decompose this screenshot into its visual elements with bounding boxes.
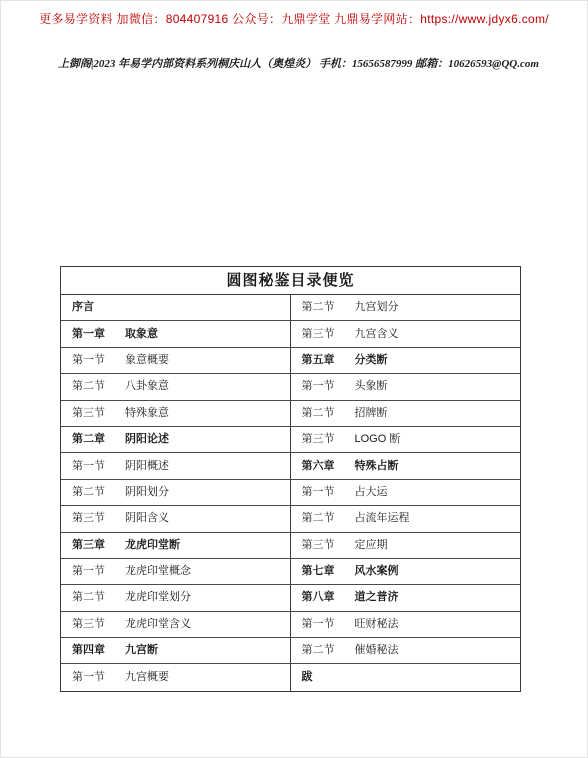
toc-row-title: 特殊占断 (355, 454, 399, 479)
toc-table-title: 圆图秘鉴目录便览 (61, 267, 520, 295)
toc-row-title: 招牌断 (355, 401, 388, 426)
toc-row-title: 龙虎印堂含义 (125, 612, 191, 637)
toc-row-title: 头象断 (355, 374, 388, 399)
toc-row: 第三节LOGO 断 (291, 427, 521, 453)
toc-row: 第二节八卦象意 (61, 374, 290, 400)
toc-row-label: 第二节 (291, 295, 355, 320)
toc-row-label: 第一节 (61, 348, 125, 373)
toc-row-title: 占流年运程 (355, 506, 410, 531)
toc-row-title: 九宫含义 (355, 322, 399, 347)
toc-row: 第一节九宫概要 (61, 664, 290, 690)
toc-row-title: 阴阳含义 (125, 506, 169, 531)
toc-row-label: 第八章 (291, 585, 355, 610)
toc-row-title: 风水案例 (355, 559, 399, 584)
toc-row-label: 第二节 (61, 480, 125, 505)
toc-row-label: 第二章 (61, 427, 125, 452)
toc-table-body: 序言第一章取象意第一节象意概要第二节八卦象意第三节特殊象意第二章阴阳论述第一节阴… (61, 295, 520, 691)
document-page: 更多易学资料 加微信：804407916 公众号：九鼎学堂 九鼎易学网站：htt… (0, 0, 588, 758)
toc-row: 第四章九宫断 (61, 638, 290, 664)
toc-row-label: 第三节 (291, 322, 355, 347)
toc-row-label: 第二节 (291, 401, 355, 426)
toc-row-title: 旺财秘法 (355, 612, 399, 637)
toc-row-label: 第一节 (61, 559, 125, 584)
toc-row: 第一节象意概要 (61, 348, 290, 374)
toc-row-label: 第一节 (61, 665, 125, 690)
toc-row-title: 龙虎印堂断 (125, 533, 180, 558)
toc-row: 第一章取象意 (61, 321, 290, 347)
toc-row: 第二节龙虎印堂划分 (61, 585, 290, 611)
toc-row-title: 占大运 (355, 480, 388, 505)
toc-row-label: 第一章 (61, 322, 125, 347)
toc-row-title: 阴阳论述 (125, 427, 169, 452)
toc-row-title: 特殊象意 (125, 401, 169, 426)
toc-row-title: 道之普济 (355, 585, 399, 610)
toc-row-title: 八卦象意 (125, 374, 169, 399)
toc-row-label: 第三章 (61, 533, 125, 558)
toc-row: 第二节占流年运程 (291, 506, 521, 532)
toc-row: 第六章特殊占断 (291, 453, 521, 479)
toc-row-title: 九宫断 (125, 638, 158, 663)
toc-row-title: LOGO 断 (355, 427, 401, 452)
toc-row-label: 第三节 (291, 427, 355, 452)
toc-row: 第八章道之普济 (291, 585, 521, 611)
toc-row-label: 第三节 (61, 401, 125, 426)
toc-row: 第三节定应期 (291, 533, 521, 559)
toc-row: 第二节九宫划分 (291, 295, 521, 321)
toc-row-title: 九宫划分 (355, 295, 399, 320)
toc-row-label: 第三节 (61, 506, 125, 531)
toc-table: 圆图秘鉴目录便览 序言第一章取象意第一节象意概要第二节八卦象意第三节特殊象意第二… (60, 266, 521, 692)
toc-row-title: 取象意 (125, 322, 158, 347)
toc-row: 跋 (291, 664, 521, 690)
toc-row-title: 阴阳划分 (125, 480, 169, 505)
toc-row-label: 第二节 (291, 638, 355, 663)
toc-row: 第一节龙虎印堂概念 (61, 559, 290, 585)
toc-row: 第二节阴阳划分 (61, 480, 290, 506)
author-contact-info: 桐庆山人（奥煌炎） 手机：15656587999 邮箱：10626593@QQ.… (217, 55, 539, 71)
toc-row: 第三节阴阳含义 (61, 506, 290, 532)
toc-row: 第五章分类断 (291, 348, 521, 374)
toc-row-label: 第一节 (291, 480, 355, 505)
toc-row: 序言 (61, 295, 290, 321)
toc-row: 第三章龙虎印堂断 (61, 533, 290, 559)
toc-row-title: 九宫概要 (125, 665, 169, 690)
toc-row: 第三节九宫含义 (291, 321, 521, 347)
toc-row-title: 龙虎印堂概念 (125, 559, 191, 584)
toc-row: 第一节头象断 (291, 374, 521, 400)
series-label: 上御阁|2023 年易学内部资料系列 (58, 55, 217, 71)
toc-row-label: 第二节 (291, 506, 355, 531)
toc-row-title: 分类断 (355, 348, 388, 373)
toc-row-title: 定应期 (355, 533, 388, 558)
toc-right-column: 第二节九宫划分第三节九宫含义第五章分类断第一节头象断第二节招牌断第三节LOGO … (291, 295, 521, 691)
toc-row-label: 第三节 (291, 533, 355, 558)
toc-row-label: 序言 (61, 295, 125, 320)
toc-row-label: 第五章 (291, 348, 355, 373)
toc-row-label: 第七章 (291, 559, 355, 584)
toc-row-label: 第六章 (291, 454, 355, 479)
toc-row-label: 第一节 (291, 612, 355, 637)
toc-row: 第一节阴阳概述 (61, 453, 290, 479)
toc-row-label: 跋 (291, 665, 355, 690)
toc-row: 第三节龙虎印堂含义 (61, 612, 290, 638)
toc-row: 第二章阴阳论述 (61, 427, 290, 453)
toc-row: 第一节占大运 (291, 480, 521, 506)
toc-row-label: 第一节 (61, 454, 125, 479)
toc-row-label: 第二节 (61, 585, 125, 610)
toc-row-title: 象意概要 (125, 348, 169, 373)
toc-row-title: 催婚秘法 (355, 638, 399, 663)
toc-row-title: 龙虎印堂划分 (125, 585, 191, 610)
toc-row: 第三节特殊象意 (61, 401, 290, 427)
toc-row: 第二节催婚秘法 (291, 638, 521, 664)
toc-row: 第二节招牌断 (291, 401, 521, 427)
toc-row-label: 第一节 (291, 374, 355, 399)
promo-header-line: 更多易学资料 加微信：804407916 公众号：九鼎学堂 九鼎易学网站：htt… (1, 10, 587, 27)
toc-row-label: 第四章 (61, 638, 125, 663)
toc-left-column: 序言第一章取象意第一节象意概要第二节八卦象意第三节特殊象意第二章阴阳论述第一节阴… (61, 295, 291, 691)
toc-row: 第七章风水案例 (291, 559, 521, 585)
toc-row: 第一节旺财秘法 (291, 612, 521, 638)
toc-row-label: 第二节 (61, 374, 125, 399)
toc-row-label: 第三节 (61, 612, 125, 637)
subheader-line: 上御阁|2023 年易学内部资料系列 桐庆山人（奥煌炎） 手机：15656587… (58, 55, 533, 71)
toc-row-title: 阴阳概述 (125, 454, 169, 479)
